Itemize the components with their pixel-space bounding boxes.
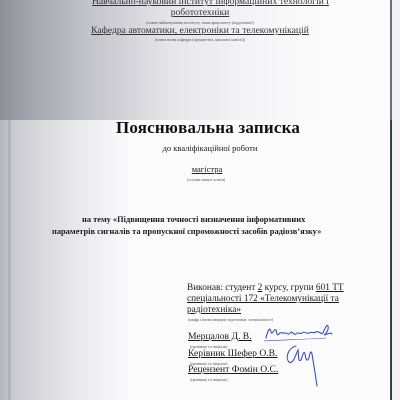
document-subtitle: до кваліфікаційної роботи bbox=[10, 143, 392, 153]
performer-prefix: Виконав: студент bbox=[187, 283, 258, 293]
performer-group: 601 ТТ bbox=[316, 283, 344, 293]
performer-specialty: спеціальності 172 «Телекомунікації та bbox=[187, 294, 339, 304]
scan-shadow-left bbox=[0, 120, 130, 400]
signatory-reviewer-caption: (прізвище та ініціали) bbox=[190, 377, 228, 382]
institute-line-2: робототехніки bbox=[0, 7, 392, 18]
topic-line-1: на тему «Підвищення точності визначення … bbox=[82, 215, 305, 224]
performer-caption: (шифр і назва напряму підготовки, спеціа… bbox=[188, 317, 273, 322]
scan-shadow-top bbox=[0, 0, 392, 120]
scanner-edge bbox=[390, 0, 392, 400]
topic-line-2: параметрів сигналів та пропускної спромо… bbox=[52, 227, 321, 236]
scanned-page: Навчально-науковий інститут інформаційни… bbox=[0, 0, 392, 400]
signatory-student: Мерцалов Д. В. bbox=[188, 331, 252, 342]
department-caption: (повна назва кафедри (предметної, циклов… bbox=[0, 37, 392, 42]
signatory-supervisor: Керівник Шефер О.В. bbox=[188, 348, 277, 359]
student-signature-icon bbox=[262, 322, 342, 344]
degree: магістра bbox=[7, 164, 392, 174]
supervisor-signature-icon bbox=[282, 342, 322, 390]
institute-line-1: Навчально-науковий інститут інформаційни… bbox=[92, 0, 329, 7]
performer-mid: курсу, групи bbox=[262, 283, 316, 293]
performer-line-1: Виконав: студент 2 курсу, групи 601 ТТ bbox=[187, 283, 344, 293]
document-title: Пояснювальна записка bbox=[8, 118, 392, 138]
degree-caption: (ступінь вищої освіти) bbox=[6, 177, 392, 182]
performer-specialty-cont: радіотехніка» bbox=[187, 305, 241, 315]
department-name: Кафедра автоматики, електроніки та телек… bbox=[0, 25, 392, 36]
signatory-reviewer: Рецензент Фомін О.С. bbox=[188, 364, 278, 375]
